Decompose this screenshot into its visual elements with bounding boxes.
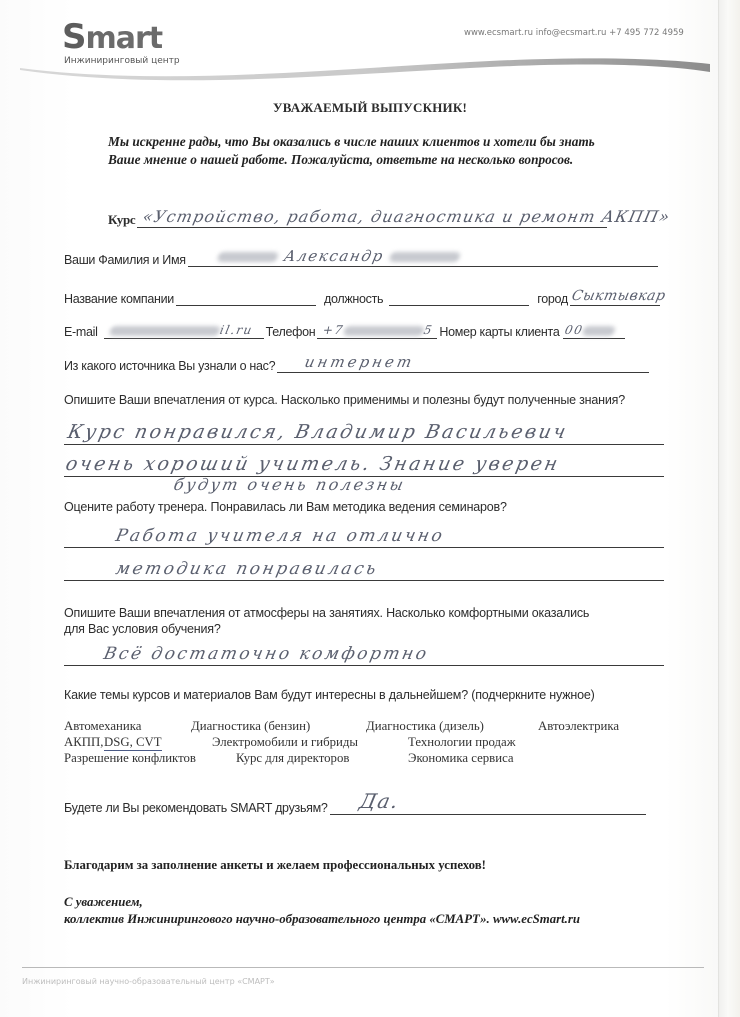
impressions-answer-line-1[interactable]: Курс понравился, Владимир Васильевич [64,420,664,445]
header-swoosh-decoration [20,52,710,92]
regards-line-1: С уважением, [64,894,580,911]
redacted-patronymic [389,252,461,262]
topic-option[interactable]: Разрешение конфликтов [64,751,196,766]
topic-option-selected[interactable]: DSG, CVT [104,735,162,751]
topic-option[interactable]: Экономика сервиса [408,751,514,766]
atmosphere-question-line-1: Опишите Ваши впечатления от атмосферы на… [64,606,589,620]
footer-text: Инжиниринговый научно-образовательный це… [22,977,275,986]
card-value: 00 [564,323,617,337]
topic-option[interactable]: Электромобили и гибриды [212,735,358,750]
topic-option[interactable]: АКПП, [64,735,103,750]
company-field[interactable] [176,285,316,306]
course-field[interactable]: «Устройство, работа, диагностика и ремон… [137,207,607,228]
card-label: Номер карты клиента [439,325,559,339]
atmosphere-answer-line-1[interactable]: Всё достаточно комфортно [64,641,664,666]
source-label: Из какого источника Вы узнали о нас? [64,359,275,373]
recommend-label: Будете ли Вы рекомендовать SMART друзьям… [64,801,328,815]
topic-option[interactable]: Автоэлектрика [538,719,619,734]
intro-line-1: Мы искренне рады, что Вы оказались в чис… [108,133,668,151]
card-field[interactable]: 00 [563,318,625,339]
recommend-row: Будете ли Вы рекомендовать SMART друзьям… [64,794,648,815]
trainer-question: Оцените работу тренера. Понравилась ли В… [64,500,507,514]
name-row: Ваши Фамилия и Имя Александр [64,246,660,267]
logo-letter: S [62,17,86,57]
logo-rest: mart [86,21,163,56]
source-field[interactable]: интернет [277,352,649,373]
contact-row: E-mail il.ru Телефон +75 Номер карты кли… [64,318,627,339]
topic-option[interactable]: Автомеханика [64,719,141,734]
position-field[interactable] [389,285,529,306]
trainer-answer-line-1[interactable]: Работа учителя на отлично [64,523,664,548]
name-label: Ваши Фамилия и Имя [64,253,186,267]
redacted-surname [216,252,278,262]
intro-line-2: Ваше мнение о нашей работе. Пожалуйста, … [108,151,668,169]
intro-text: Мы искренне рады, что Вы оказались в чис… [108,133,668,169]
city-label: город [537,292,568,306]
topic-option[interactable]: Диагностика (бензин) [191,719,310,734]
regards-text: С уважением, коллектив Инжинирингового н… [64,894,580,928]
source-row: Из какого источника Вы узнали о нас? инт… [64,352,651,373]
page-title: УВАЖАЕМЫЙ ВЫПУСКНИК! [0,100,740,116]
topics-question: Какие темы курсов и материалов Вам будут… [64,688,595,702]
email-field[interactable]: il.ru [104,318,264,339]
impressions-question: Опишите Ваши впечатления от курса. Наско… [64,393,625,407]
company-row: Название компании должность город Сыктыв… [64,285,662,306]
course-value: «Устройство, работа, диагностика и ремон… [141,207,672,226]
course-row: Курс «Устройство, работа, диагностика и … [108,207,609,228]
course-label: Курс [108,212,135,228]
redacted-phone [343,326,425,336]
logo-wordmark: Smart [62,20,162,56]
scanned-form-page: Smart Инжиниринговый центр www.ecsmart.r… [0,0,740,1017]
recommend-value: Да. [357,789,401,813]
city-value: Сыктывкар [570,288,667,304]
topic-option[interactable]: Курс для директоров [236,751,349,766]
atmosphere-question-line-2: для Вас условия обучения? [64,622,221,636]
redacted-email [108,326,220,336]
position-label: должность [324,292,383,306]
impressions-answer-line-3: будут очень полезны [172,475,408,494]
city-field[interactable]: Сыктывкар [570,285,660,306]
phone-value: +75 [322,323,435,337]
topic-option[interactable]: Технологии продаж [408,735,516,750]
email-label: E-mail [64,325,98,339]
header-contacts: www.ecsmart.ru info@ecsmart.ru +7 495 77… [464,28,684,38]
topic-option[interactable]: Диагностика (дизель) [366,719,484,734]
email-value: il.ru [108,323,254,337]
phone-field[interactable]: +75 [317,318,437,339]
regards-line-2: коллектив Инжинирингового научно-образов… [64,911,580,928]
page-edge-shadow [718,0,740,1017]
redacted-card [583,326,617,336]
name-value: Александр [216,247,462,265]
recommend-field[interactable]: Да. [330,794,646,815]
impressions-answer-line-2[interactable]: очень хороший учитель. Знание уверен [64,452,664,477]
phone-label: Телефон [266,325,316,339]
footer-divider [22,967,704,968]
company-label: Название компании [64,292,174,306]
thanks-text: Благодарим за заполнение анкеты и желаем… [64,858,486,873]
source-value: интернет [303,353,416,371]
name-field[interactable]: Александр [188,246,658,267]
trainer-answer-line-2[interactable]: методика понравилась [64,556,664,581]
